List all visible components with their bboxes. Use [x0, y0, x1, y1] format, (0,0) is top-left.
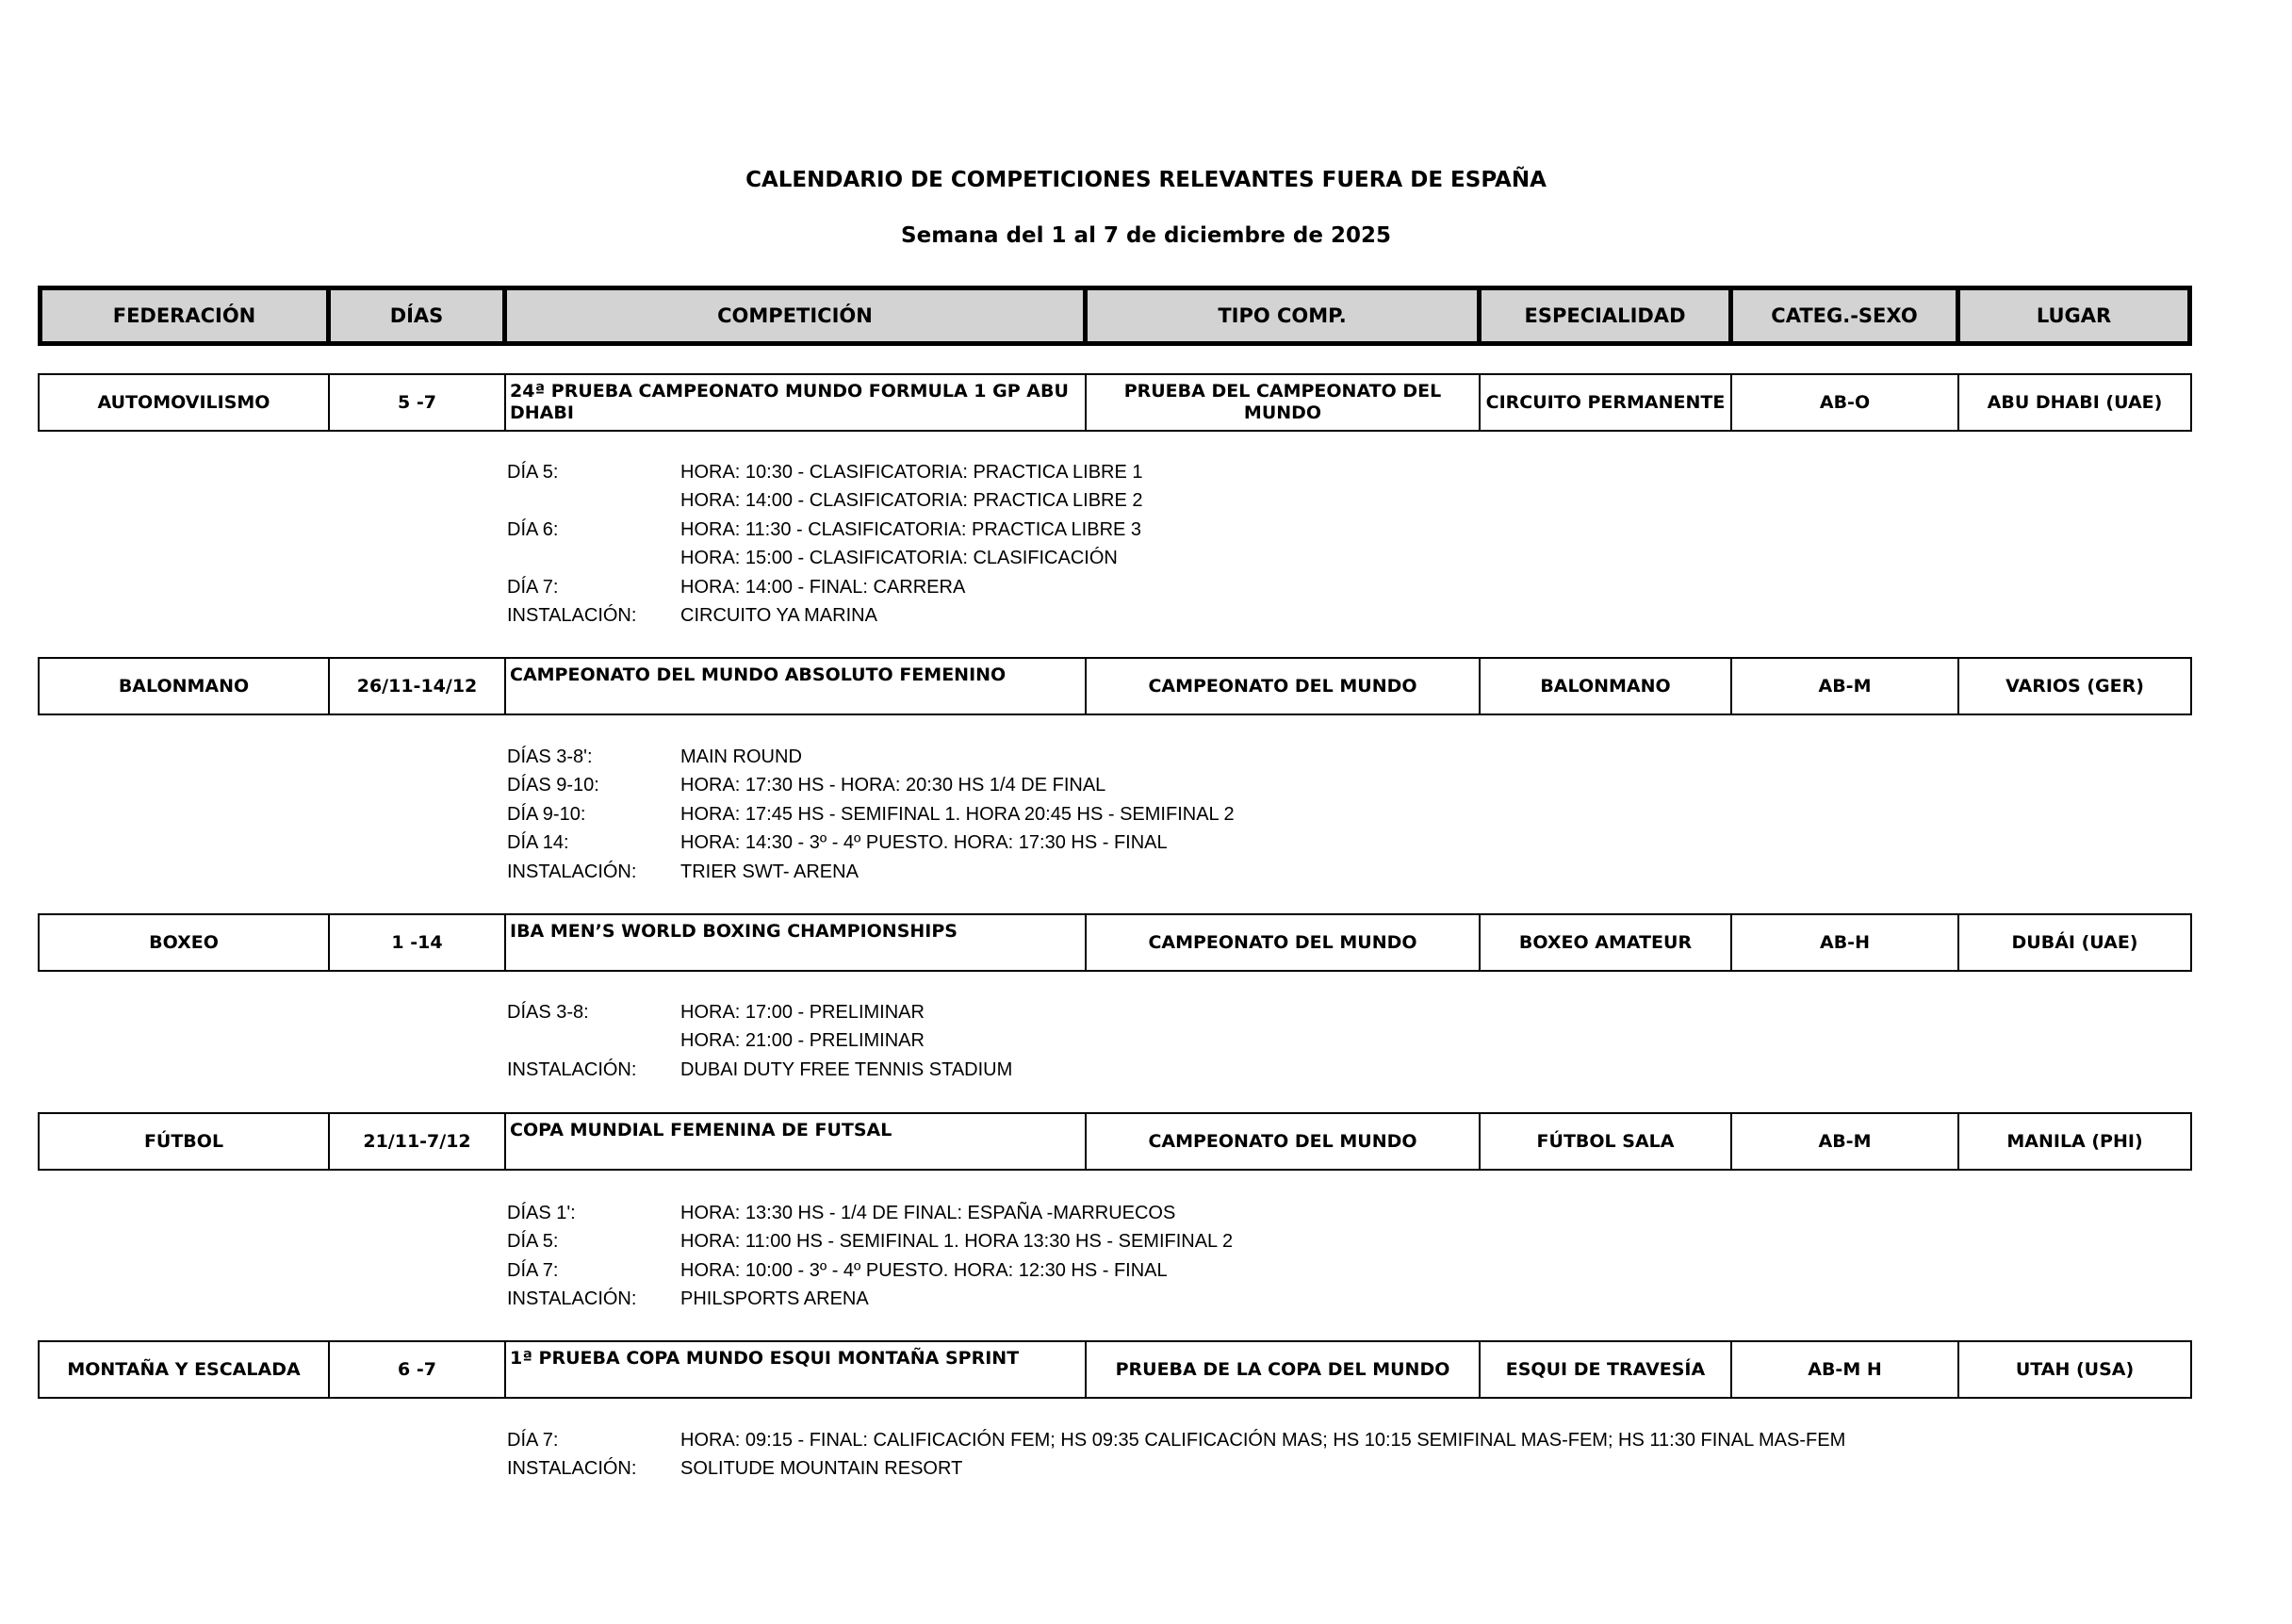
schedule-day-label: DÍA 7: — [507, 1260, 680, 1282]
dias-cell: 5 -7 — [330, 375, 506, 430]
schedule-day-label: DÍA 5: — [507, 462, 680, 484]
header-categ-sexo: CATEG.-SEXO — [1733, 290, 1960, 341]
schedule-line: DÍA 9-10:HORA: 17:45 HS - SEMIFINAL 1. H… — [507, 800, 1235, 829]
event-schedule-details: DÍA 7:HORA: 09:15 - FINAL: CALIFICACIÓN … — [507, 1426, 1845, 1484]
federacion-cell: AUTOMOVILISMO — [40, 375, 330, 430]
tipo-comp-cell: CAMPEONATO DEL MUNDO — [1087, 1114, 1481, 1169]
schedule-line: INSTALACIÓN:DUBAI DUTY FREE TENNIS STADI… — [507, 1056, 1012, 1085]
schedule-day-label: DÍA 9-10: — [507, 804, 680, 826]
especialidad-cell: ESQUI DE TRAVESÍA — [1481, 1342, 1732, 1397]
week-subtitle: Semana del 1 al 7 de diciembre de 2025 — [0, 223, 2292, 248]
table-row: BALONMANO26/11-14/12CAMPEONATO DEL MUNDO… — [38, 657, 2192, 715]
schedule-day-label: DÍA 6: — [507, 519, 680, 541]
dias-cell: 1 -14 — [330, 915, 506, 970]
schedule-day-label: DÍAS 3-8: — [507, 1002, 680, 1024]
federacion-cell: BOXEO — [40, 915, 330, 970]
schedule-value: TRIER SWT- ARENA — [680, 861, 859, 883]
event-schedule-details: DÍAS 1':HORA: 13:30 HS - 1/4 DE FINAL: E… — [507, 1199, 1233, 1314]
event-schedule-details: DÍAS 3-8:HORA: 17:00 - PRELIMINARHORA: 2… — [507, 998, 1012, 1085]
schedule-day-label: DÍAS 9-10: — [507, 775, 680, 796]
schedule-value: SOLITUDE MOUNTAIN RESORT — [680, 1458, 962, 1480]
schedule-day-label: DÍAS 1': — [507, 1203, 680, 1224]
schedule-value: DUBAI DUTY FREE TENNIS STADIUM — [680, 1059, 1012, 1081]
schedule-value: HORA: 17:30 HS - HORA: 20:30 HS 1/4 DE F… — [680, 775, 1105, 796]
lugar-cell: VARIOS (GER) — [1959, 659, 2190, 714]
table-row: MONTAÑA Y ESCALADA6 -71ª PRUEBA COPA MUN… — [38, 1340, 2192, 1399]
table-row: FÚTBOL21/11-7/12COPA MUNDIAL FEMENINA DE… — [38, 1112, 2192, 1171]
schedule-day-label: DÍA 5: — [507, 1231, 680, 1253]
tipo-comp-cell: PRUEBA DE LA COPA DEL MUNDO — [1087, 1342, 1481, 1397]
schedule-line: INSTALACIÓN:TRIER SWT- ARENA — [507, 858, 1235, 887]
competicion-cell: CAMPEONATO DEL MUNDO ABSOLUTO FEMENINO — [506, 659, 1087, 714]
lugar-cell: MANILA (PHI) — [1959, 1114, 2190, 1169]
schedule-line: INSTALACIÓN:PHILSPORTS ARENA — [507, 1286, 1233, 1315]
schedule-day-label: DÍA 7: — [507, 1430, 680, 1452]
header-tipo-comp: TIPO COMP. — [1088, 290, 1482, 341]
schedule-day-label: INSTALACIÓN: — [507, 861, 680, 883]
federacion-cell: FÚTBOL — [40, 1114, 330, 1169]
table-row: AUTOMOVILISMO5 -724ª PRUEBA CAMPEONATO M… — [38, 373, 2192, 432]
event-schedule-details: DÍA 5:HORA: 10:30 - CLASIFICATORIA: PRAC… — [507, 458, 1143, 631]
schedule-value: HORA: 11:00 HS - SEMIFINAL 1. HORA 13:30… — [680, 1231, 1233, 1253]
event-schedule-details: DÍAS 3-8':MAIN ROUNDDÍAS 9-10:HORA: 17:3… — [507, 743, 1235, 887]
schedule-day-label: DÍAS 3-8': — [507, 746, 680, 768]
header-especialidad: ESPECIALIDAD — [1482, 290, 1733, 341]
schedule-day-label: DÍA 7: — [507, 577, 680, 599]
schedule-day-label: INSTALACIÓN: — [507, 1059, 680, 1081]
especialidad-cell: BALONMANO — [1481, 659, 1732, 714]
document-title: CALENDARIO DE COMPETICIONES RELEVANTES F… — [0, 168, 2292, 192]
schedule-value: CIRCUITO YA MARINA — [680, 605, 877, 627]
schedule-line: DÍAS 1':HORA: 13:30 HS - 1/4 DE FINAL: E… — [507, 1199, 1233, 1228]
schedule-day-label: DÍA 14: — [507, 832, 680, 854]
lugar-cell: ABU DHABI (UAE) — [1959, 375, 2190, 430]
federacion-cell: BALONMANO — [40, 659, 330, 714]
competicion-cell: IBA MEN’S WORLD BOXING CHAMPIONSHIPS — [506, 915, 1087, 970]
tipo-comp-cell: CAMPEONATO DEL MUNDO — [1087, 915, 1481, 970]
especialidad-cell: BOXEO AMATEUR — [1481, 915, 1732, 970]
competicion-cell: COPA MUNDIAL FEMENINA DE FUTSAL — [506, 1114, 1087, 1169]
schedule-line: DÍA 5:HORA: 10:30 - CLASIFICATORIA: PRAC… — [507, 458, 1143, 487]
schedule-line: DÍA 5:HORA: 11:00 HS - SEMIFINAL 1. HORA… — [507, 1228, 1233, 1257]
especialidad-cell: FÚTBOL SALA — [1481, 1114, 1732, 1169]
schedule-value: HORA: 13:30 HS - 1/4 DE FINAL: ESPAÑA -M… — [680, 1203, 1175, 1224]
schedule-line: DÍA 7:HORA: 09:15 - FINAL: CALIFICACIÓN … — [507, 1426, 1845, 1455]
schedule-value: HORA: 14:00 - CLASIFICATORIA: PRACTICA L… — [680, 490, 1143, 512]
schedule-line: DÍAS 3-8':MAIN ROUND — [507, 743, 1235, 772]
schedule-day-label: INSTALACIÓN: — [507, 1458, 680, 1480]
table-header: FEDERACIÓN DÍAS COMPETICIÓN TIPO COMP. E… — [38, 286, 2192, 346]
schedule-line: DÍA 14:HORA: 14:30 - 3º - 4º PUESTO. HOR… — [507, 829, 1235, 859]
schedule-line: DÍAS 9-10:HORA: 17:30 HS - HORA: 20:30 H… — [507, 772, 1235, 801]
categ-sexo-cell: AB-H — [1732, 915, 1959, 970]
header-dias: DÍAS — [331, 290, 507, 341]
schedule-value: HORA: 17:00 - PRELIMINAR — [680, 1002, 925, 1024]
schedule-day-label: INSTALACIÓN: — [507, 605, 680, 627]
schedule-value: HORA: 10:00 - 3º - 4º PUESTO. HORA: 12:3… — [680, 1260, 1168, 1282]
schedule-line: DÍAS 3-8:HORA: 17:00 - PRELIMINAR — [507, 998, 1012, 1027]
dias-cell: 21/11-7/12 — [330, 1114, 506, 1169]
schedule-value: HORA: 11:30 - CLASIFICATORIA: PRACTICA L… — [680, 519, 1141, 541]
schedule-line: DÍA 7:HORA: 14:00 - FINAL: CARRERA — [507, 573, 1143, 602]
schedule-day-label: INSTALACIÓN: — [507, 1288, 680, 1310]
schedule-value: HORA: 14:30 - 3º - 4º PUESTO. HORA: 17:3… — [680, 832, 1168, 854]
schedule-value: HORA: 17:45 HS - SEMIFINAL 1. HORA 20:45… — [680, 804, 1235, 826]
federacion-cell: MONTAÑA Y ESCALADA — [40, 1342, 330, 1397]
header-lugar: LUGAR — [1960, 290, 2187, 341]
lugar-cell: UTAH (USA) — [1959, 1342, 2190, 1397]
schedule-line: HORA: 15:00 - CLASIFICATORIA: CLASIFICAC… — [507, 545, 1143, 574]
schedule-value: MAIN ROUND — [680, 746, 802, 768]
schedule-line: INSTALACIÓN:CIRCUITO YA MARINA — [507, 602, 1143, 632]
schedule-value: HORA: 10:30 - CLASIFICATORIA: PRACTICA L… — [680, 462, 1143, 484]
table-row: BOXEO1 -14IBA MEN’S WORLD BOXING CHAMPIO… — [38, 913, 2192, 972]
categ-sexo-cell: AB-M — [1732, 1114, 1959, 1169]
schedule-value: PHILSPORTS ARENA — [680, 1288, 869, 1310]
schedule-line: HORA: 21:00 - PRELIMINAR — [507, 1027, 1012, 1057]
especialidad-cell: CIRCUITO PERMANENTE — [1481, 375, 1732, 430]
header-competicion: COMPETICIÓN — [507, 290, 1088, 341]
competicion-cell: 1ª PRUEBA COPA MUNDO ESQUI MONTAÑA SPRIN… — [506, 1342, 1087, 1397]
categ-sexo-cell: AB-M H — [1732, 1342, 1959, 1397]
dias-cell: 26/11-14/12 — [330, 659, 506, 714]
schedule-line: DÍA 7:HORA: 10:00 - 3º - 4º PUESTO. HORA… — [507, 1256, 1233, 1286]
schedule-value: HORA: 09:15 - FINAL: CALIFICACIÓN FEM; H… — [680, 1430, 1845, 1452]
schedule-line: DÍA 6:HORA: 11:30 - CLASIFICATORIA: PRAC… — [507, 516, 1143, 545]
categ-sexo-cell: AB-O — [1732, 375, 1959, 430]
lugar-cell: DUBÁI (UAE) — [1959, 915, 2190, 970]
header-federacion: FEDERACIÓN — [42, 290, 331, 341]
schedule-value: HORA: 14:00 - FINAL: CARRERA — [680, 577, 965, 599]
schedule-line: HORA: 14:00 - CLASIFICATORIA: PRACTICA L… — [507, 487, 1143, 517]
schedule-value: HORA: 15:00 - CLASIFICATORIA: CLASIFICAC… — [680, 548, 1118, 569]
categ-sexo-cell: AB-M — [1732, 659, 1959, 714]
dias-cell: 6 -7 — [330, 1342, 506, 1397]
schedule-line: INSTALACIÓN:SOLITUDE MOUNTAIN RESORT — [507, 1455, 1845, 1485]
competicion-cell: 24ª PRUEBA CAMPEONATO MUNDO FORMULA 1 GP… — [506, 375, 1087, 430]
schedule-value: HORA: 21:00 - PRELIMINAR — [680, 1030, 925, 1052]
tipo-comp-cell: PRUEBA DEL CAMPEONATO DEL MUNDO — [1087, 375, 1481, 430]
tipo-comp-cell: CAMPEONATO DEL MUNDO — [1087, 659, 1481, 714]
